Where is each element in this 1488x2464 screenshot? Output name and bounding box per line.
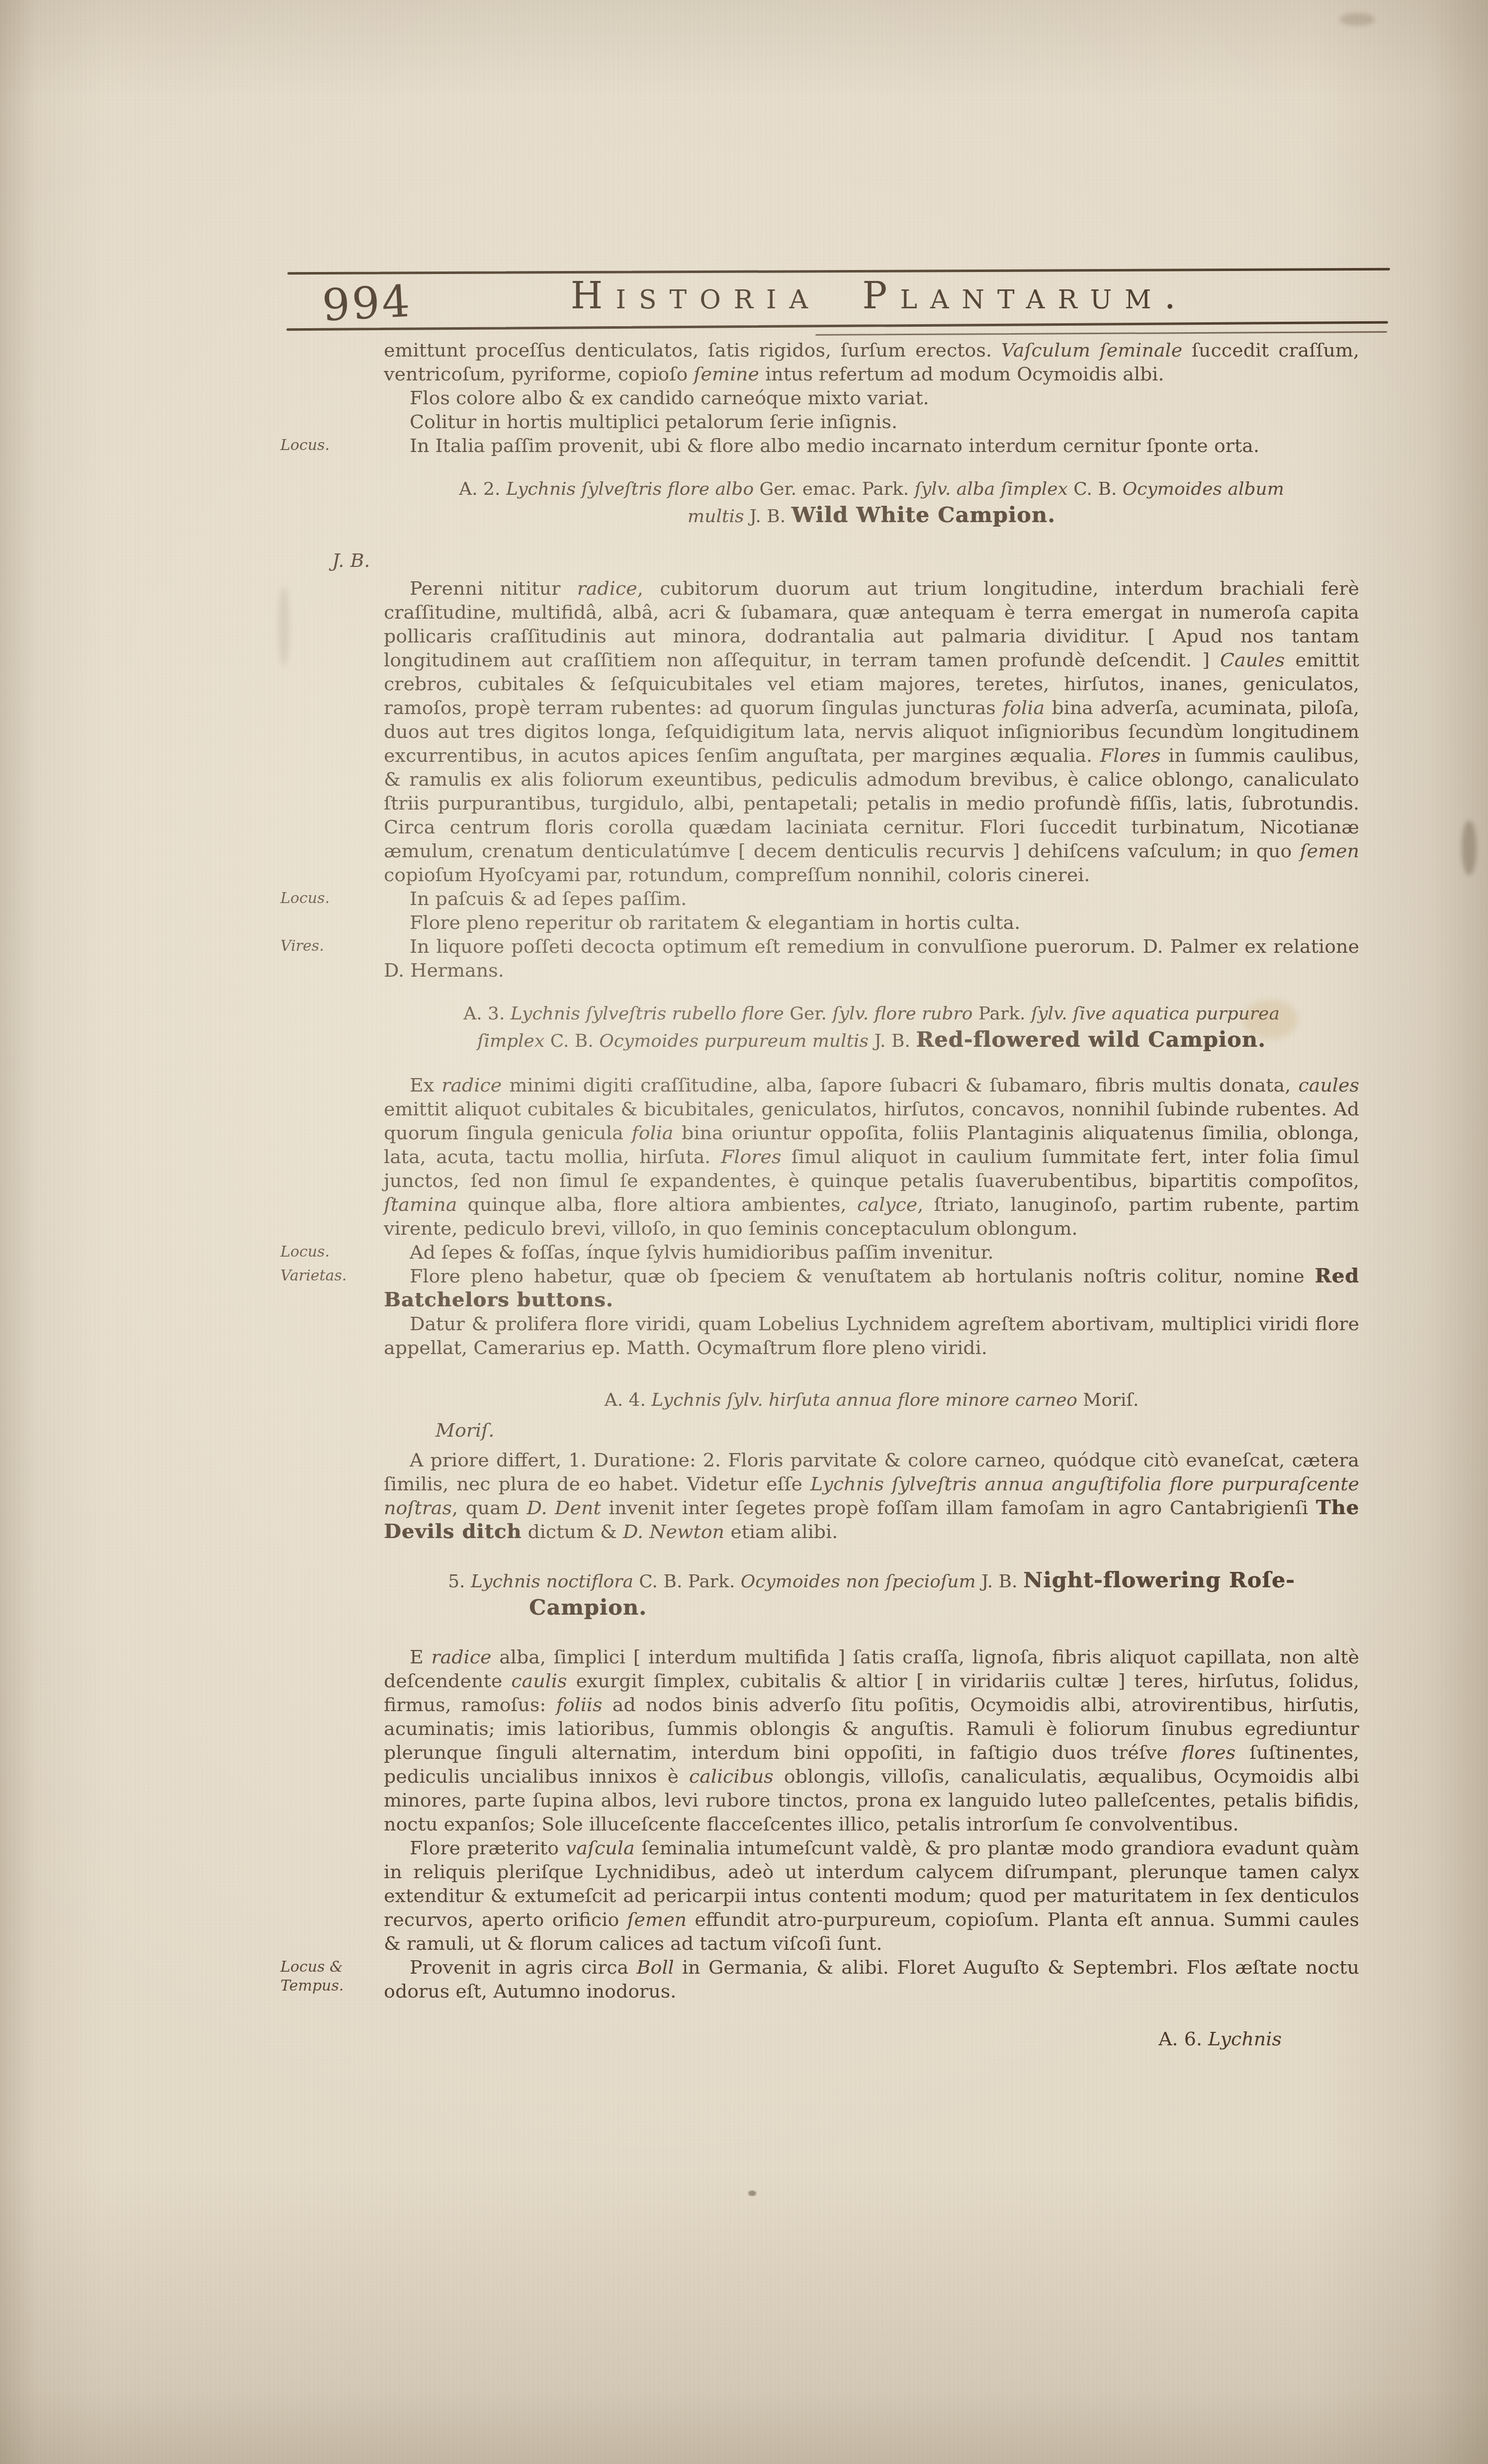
paragraph: Flos colore albo & ex candido carneóque … — [384, 386, 1359, 410]
catchword: A. 6. Lychnis — [1158, 2028, 1282, 2050]
roman-text: 5. — [448, 1571, 471, 1592]
blackletter-text: Night-flowering Roſe- — [1023, 1568, 1295, 1593]
roman-text: Ex — [410, 1074, 441, 1096]
paragraph: Flore pleno reperitur ob raritatem & ele… — [384, 911, 1359, 934]
roman-text: dictum & — [522, 1521, 623, 1543]
italic-text: calicibus — [689, 1765, 774, 1787]
italic-text: folia — [632, 1122, 674, 1144]
paragraph: Locus.In Italia paſſim provenit, ubi & f… — [384, 434, 1359, 457]
paragraph: E radice alba, ſimplici [ interdum multi… — [384, 1645, 1359, 1836]
italic-text: foliis — [556, 1694, 603, 1716]
italic-text: Lychnis ſylveſtris flore albo — [506, 479, 760, 499]
italic-text: Ocymoides purpureum multis — [599, 1031, 874, 1051]
roman-text: copioſum Hyoſcyami par, rotundum, compre… — [384, 864, 1090, 886]
roman-text: Park. — [978, 1004, 1031, 1024]
heading-line: A. 4. Lychnis ſylv. hirſuta annua flore … — [384, 1387, 1359, 1413]
italic-text: D. Dent — [526, 1497, 601, 1519]
paragraph: Colitur in hortis multiplici petalorum ſ… — [384, 410, 1359, 434]
heading-line: Campion. — [384, 1595, 1359, 1622]
catchword-signature: A. 6. — [1158, 2028, 1208, 2050]
paragraph: Flore præterito vaſcula ſeminalia intume… — [384, 1836, 1359, 1955]
italic-text: ſemine — [694, 363, 759, 385]
italic-text: Moriſ. — [436, 1419, 494, 1441]
italic-text: folia — [1003, 697, 1045, 719]
paragraph: Vires.In liquore poſſeti decocta optimum… — [384, 934, 1359, 982]
roman-text: intus refertum ad modum Ocymoidis albi. — [759, 363, 1164, 385]
citation-ref: Moriſ. — [436, 1418, 1359, 1442]
paragraph: Locus.Ad ſepes & foſſas, ínque ſylvis hu… — [384, 1240, 1359, 1264]
italic-text: vaſcula — [566, 1837, 635, 1859]
italic-text: ſemen — [1300, 840, 1359, 862]
roman-text: Ger. emac. Park. — [760, 479, 915, 499]
italic-text: radice — [577, 577, 637, 599]
species-heading: A. 4. Lychnis ſylv. hirſuta annua flore … — [384, 1387, 1359, 1413]
italic-text: Caules — [1220, 649, 1285, 671]
roman-text: Ger. — [789, 1004, 832, 1024]
italic-text: ſimplex — [477, 1031, 550, 1051]
roman-text: J. B. — [874, 1031, 916, 1051]
italic-text: caulis — [511, 1670, 567, 1692]
blackletter-text: Wild White Campion. — [791, 503, 1055, 528]
italic-text: radice — [431, 1646, 491, 1668]
italic-text: calyce — [857, 1193, 917, 1215]
paragraph: A priore differt, 1. Duratione: 2. Flori… — [384, 1448, 1359, 1544]
roman-text: C. B. — [1073, 479, 1123, 499]
paragraph: Datur & prolifera flore viridi, quam Lob… — [384, 1312, 1359, 1360]
italic-text: Flores — [721, 1146, 782, 1168]
ink-speck — [748, 2190, 756, 2196]
italic-text: ſylv. alba ſimplex — [915, 479, 1074, 499]
species-heading: 5. Lychnis noctiflora C. B. Park. Ocymoi… — [384, 1567, 1359, 1622]
italic-text: Vaſculum ſeminale — [1001, 339, 1182, 361]
roman-text: quinque alba, flore altiora ambientes, — [457, 1193, 857, 1215]
blackletter-text: Red-flowered wild Campion. — [916, 1027, 1266, 1052]
paper-stain — [1462, 821, 1477, 875]
roman-text: minimi digiti craſſitudine, alba, ſapore… — [502, 1074, 1298, 1096]
italic-text: Boll — [637, 1956, 674, 1978]
italic-text: J. B. — [332, 549, 370, 571]
italic-text: ſylv. flore rubro — [832, 1004, 978, 1024]
roman-text: J. B. — [750, 506, 791, 527]
roman-text: In liquore poſſeti decocta optimum eſt r… — [384, 935, 1359, 981]
margin-note: Locus. — [280, 1243, 377, 1262]
italic-text: ſtamina — [384, 1193, 457, 1215]
roman-text: Flos colore albo & ex candido carneóque … — [410, 387, 929, 409]
roman-text: etiam alibi. — [724, 1521, 838, 1543]
roman-text: C. B. — [550, 1031, 600, 1051]
roman-text: Flore præterito — [410, 1837, 566, 1859]
paper-stain — [278, 587, 289, 666]
roman-text: emittunt proceſſus denticulatos, ſatis r… — [384, 339, 1001, 361]
paragraph: emittunt proceſſus denticulatos, ſatis r… — [384, 338, 1359, 386]
book-page: 994 Historia Plantarum. emittunt proceſſ… — [0, 0, 1488, 2464]
ornamental-rule-bottom — [286, 321, 1388, 331]
margin-note: Varietas. — [280, 1267, 377, 1285]
roman-text: Datur & prolifera flore viridi, quam Lob… — [384, 1313, 1359, 1359]
roman-text: C. B. Park. — [639, 1571, 740, 1592]
italic-text: flores — [1182, 1741, 1235, 1763]
heading-line: 5. Lychnis noctiflora C. B. Park. Ocymoi… — [384, 1567, 1359, 1595]
heading-line: multis J. B. Wild White Campion. — [384, 502, 1359, 530]
ornamental-rule-top — [287, 268, 1390, 275]
roman-text: In Italia paſſim provenit, ubi & flore a… — [410, 435, 1259, 456]
italic-text: Lychnis ſylv. hirſuta annua flore minore… — [651, 1390, 1083, 1410]
running-title: Historia Plantarum. — [384, 274, 1376, 317]
species-heading: A. 3. Lychnis ſylveſtris rubello flore G… — [384, 1001, 1359, 1054]
italic-text: Lychnis ſylveſtris rubello flore — [511, 1004, 789, 1024]
paragraph: Perenni nititur radice, cubitorum duorum… — [384, 576, 1359, 887]
italic-text: caules — [1298, 1074, 1359, 1096]
italic-text: Ocymoides album — [1123, 479, 1284, 499]
roman-text: J. B. — [981, 1571, 1023, 1592]
roman-text: E — [410, 1646, 431, 1668]
paper-stain — [1340, 13, 1375, 26]
roman-text: In paſcuis & ad ſepes paſſim. — [410, 888, 687, 910]
paragraph: Varietas.Flore pleno habetur, quæ ob ſpe… — [384, 1264, 1359, 1312]
roman-text: Flore pleno habetur, quæ ob ſpeciem & ve… — [410, 1265, 1314, 1287]
roman-text: invenit inter ſegetes propè foſſam illam… — [601, 1497, 1316, 1519]
catchword-word: Lychnis — [1208, 2028, 1282, 2050]
roman-text: A. 4. — [605, 1390, 652, 1410]
roman-text: A. 2. — [459, 479, 506, 499]
roman-text: Ad ſepes & foſſas, ínque ſylvis humidior… — [410, 1241, 994, 1263]
margin-note: Vires. — [280, 937, 377, 956]
roman-text: Provenit in agris circa — [410, 1956, 637, 1978]
italic-text: Lychnis noctiflora — [471, 1571, 639, 1592]
roman-text: A. 3. — [463, 1004, 511, 1024]
italic-text: multis — [688, 506, 750, 527]
margin-note: Locus. — [280, 889, 377, 908]
roman-text: Flore pleno reperitur ob raritatem & ele… — [410, 912, 1020, 933]
italic-text: D. Newton — [623, 1521, 724, 1543]
roman-text: Colitur in hortis multiplici petalorum ſ… — [410, 411, 897, 433]
italic-text: ſylv. ſive aquatica purpurea — [1031, 1004, 1280, 1024]
roman-text: , quam — [452, 1497, 526, 1519]
roman-text: Moriſ. — [1083, 1390, 1138, 1410]
paragraph: Locus.In paſcuis & ad ſepes paſſim. — [384, 887, 1359, 911]
citation-ref: J. B. — [332, 548, 1359, 572]
margin-note: Locus &Tempus. — [280, 1958, 377, 1996]
margin-note: Locus. — [280, 436, 377, 455]
heading-line: A. 2. Lychnis ſylveſtris flore albo Ger.… — [384, 476, 1359, 502]
italic-text: Flores — [1100, 744, 1161, 766]
heading-line: A. 3. Lychnis ſylveſtris rubello flore G… — [384, 1001, 1359, 1027]
species-heading: A. 2. Lychnis ſylveſtris flore albo Ger.… — [384, 476, 1359, 530]
paragraph: Locus &Tempus.Provenit in agris circa Bo… — [384, 1955, 1359, 2003]
italic-text: Ocymoides non ſpecioſum — [741, 1571, 981, 1592]
text-column: emittunt proceſſus denticulatos, ſatis r… — [384, 332, 1359, 2003]
blackletter-text: Campion. — [529, 1595, 647, 1620]
paragraph: Ex radice minimi digiti craſſitudine, al… — [384, 1073, 1359, 1240]
roman-text: Perenni nititur — [410, 577, 577, 599]
italic-text: ſemen — [627, 1909, 687, 1930]
heading-line: ſimplex C. B. Ocymoides purpureum multis… — [384, 1027, 1359, 1054]
italic-text: radice — [441, 1074, 502, 1096]
